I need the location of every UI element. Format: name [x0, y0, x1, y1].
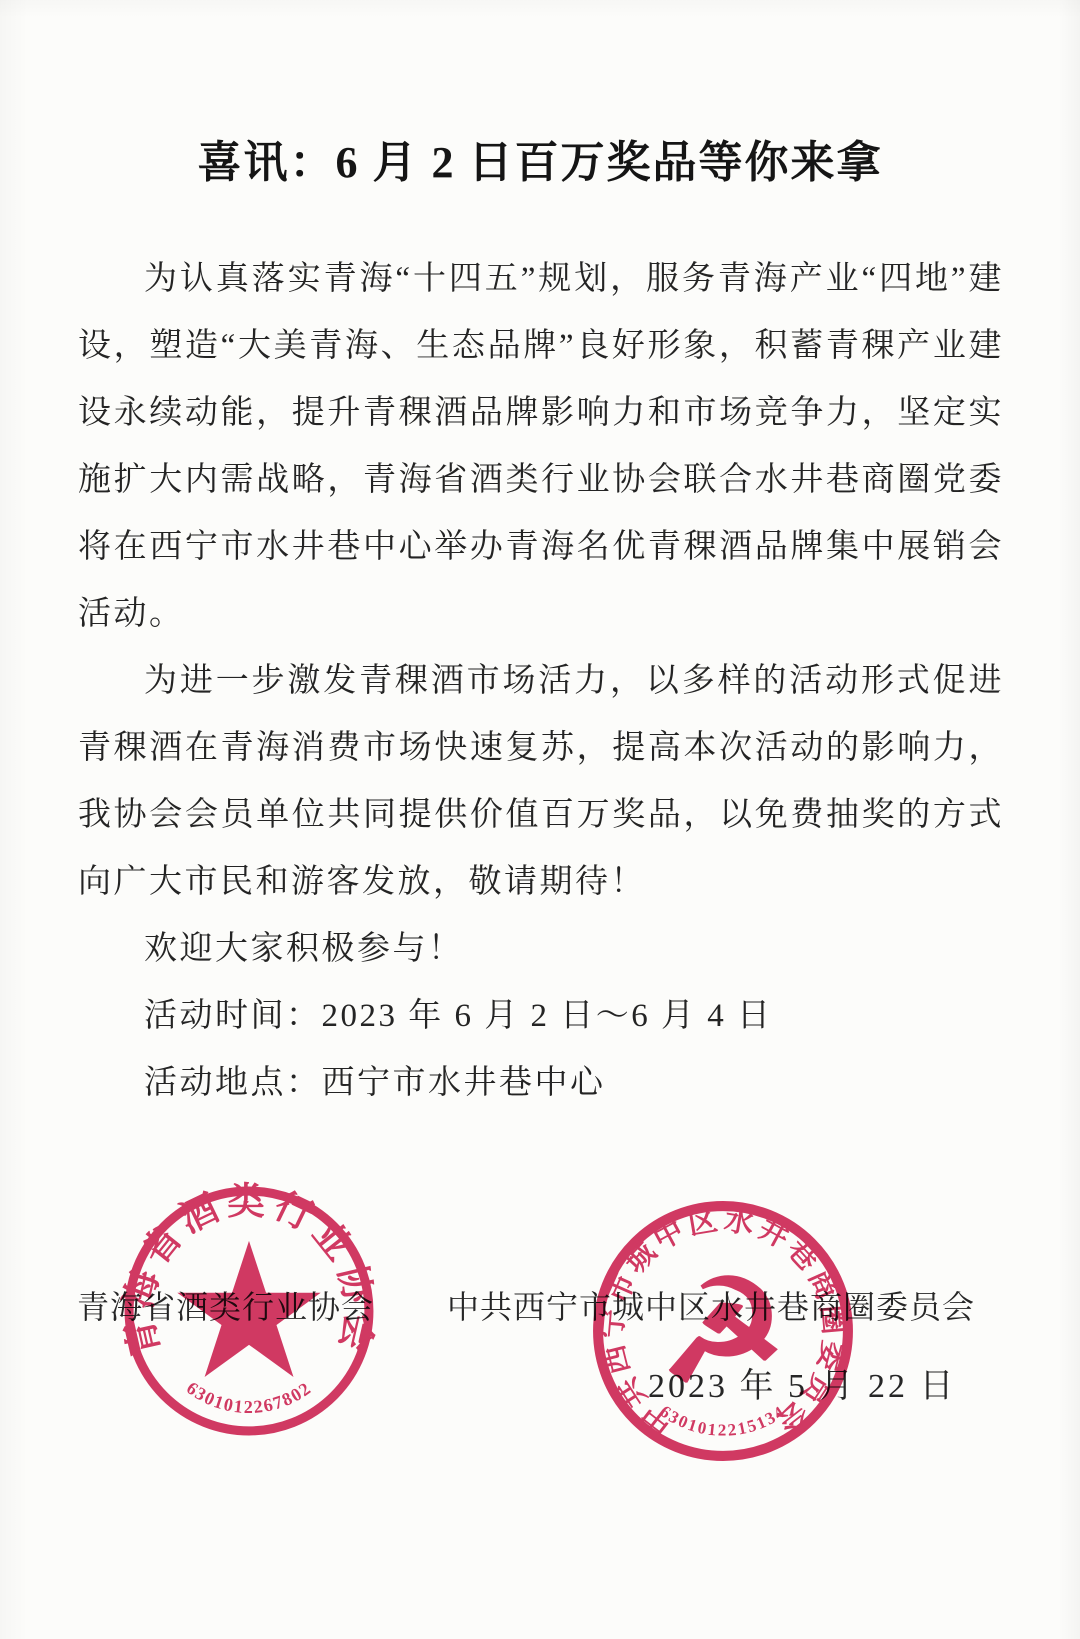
seal-association-stamp: ★ 青海省酒类行业协会 6301012267802 — [118, 1180, 380, 1442]
document-title: 喜讯：6 月 2 日百万奖品等你来拿 — [0, 126, 1080, 190]
hammer-sickle-icon: ☭ — [660, 1254, 786, 1411]
star-icon: ★ — [174, 1221, 323, 1405]
seal-party-committee-stamp: ☭ 中共西宁市城中区水井巷商圈委员会 6301012215134 — [585, 1195, 861, 1467]
body-paragraph: 欢迎大家积极参与！ — [78, 916, 1004, 983]
scanned-letter-page: 喜讯：6 月 2 日百万奖品等你来拿 为认真落实青海“十四五”规划，服务青海产业… — [0, 0, 1080, 1639]
document-body: 为认真落实青海“十四五”规划，服务青海产业“四地”建设，塑造“大美青海、生态品牌… — [78, 246, 1004, 1117]
body-paragraph: 为进一步激发青稞酒市场活力，以多样的活动形式促进青稞酒在青海消费市场快速复苏，提… — [78, 648, 1004, 916]
event-place-line: 活动地点：西宁市水井巷中心 — [78, 1050, 1004, 1117]
body-paragraph: 为认真落实青海“十四五”规划，服务青海产业“四地”建设，塑造“大美青海、生态品牌… — [78, 246, 1004, 648]
event-time-line: 活动时间：2023 年 6 月 2 日～6 月 4 日 — [78, 983, 1004, 1050]
